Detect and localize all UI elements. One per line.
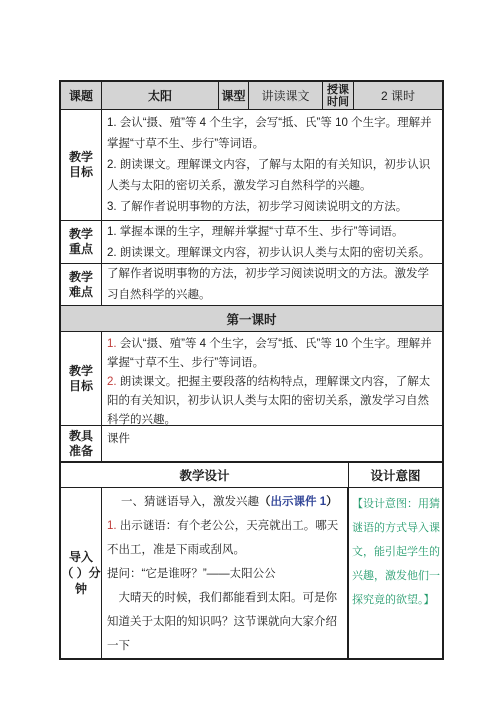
- course-type-value-cell: 讲读课文: [249, 82, 323, 109]
- objective-item: 3. 了解作者说明事物的方法，初步学习阅读说明文的方法。: [107, 197, 437, 218]
- objectives-label: 教学 目标: [61, 110, 102, 220]
- course-type-label-cell: 课型: [219, 82, 249, 109]
- paren-close: ）: [326, 496, 338, 508]
- key-points-content: 1. 掌握本课的生字，理解并掌握“寸草不生、步行”等词语。 2. 朗读课文。理解…: [102, 221, 442, 263]
- session-objectives-content: 1. 会认“摄、殖”等 4 个生字，会写“抵、氏”等 10 个生字。理解并掌握“…: [102, 332, 442, 425]
- objectives-content: 1. 会认“摄、殖”等 4 个生字，会写“抵、氏”等 10 个生字。理解并掌握“…: [102, 110, 442, 220]
- topic-label-cell: 课题: [61, 82, 102, 109]
- lesson-stage-label: 导入 （ ）分 钟: [61, 488, 102, 658]
- item-number: 1.: [107, 338, 117, 350]
- design-intent-content: 【设计意图：用猜谜语的方式导入课文，能引起学生的兴趣，激发他们一探究竟的欲望。】: [349, 488, 442, 658]
- question-paragraph: 提问：“它是谁呀？”——太阳公公: [107, 562, 342, 586]
- objective-item: 2. 朗读课文。理解课文内容，了解与太阳的有关知识，初步认识人类与太阳的密切关系…: [107, 155, 437, 197]
- riddle-text: 出示谜语：有个老公公，天亮就出工。哪天不出工，准是下雨或刮风。: [107, 520, 338, 556]
- item-number: 1.: [107, 520, 117, 532]
- courseware-cue: 出示课件 1: [271, 496, 327, 508]
- session-objective-item: 1. 会认“摄、殖”等 4 个生字，会写“抵、氏”等 10 个生字。理解并掌握“…: [107, 335, 437, 373]
- objectives-row: 教学 目标 1. 会认“摄、殖”等 4 个生字，会写“抵、氏”等 10 个生字。…: [61, 110, 442, 221]
- lesson-row: 导入 （ ）分 钟 一、猜谜语导入，激发兴趣（出示课件 1） 1. 出示谜语：有…: [61, 488, 442, 658]
- design-header-left: 教学设计: [61, 463, 349, 487]
- difficulties-row: 教学 难点 了解作者说明事物的方法，初步学习阅读说明文的方法。激发学习自然科学的…: [61, 264, 442, 306]
- materials-label: 教具 准备: [61, 426, 102, 461]
- document-page: 课题 太阳 课型 讲读课文 授课 时间 2 课时 教学 目标 1. 会认“摄、殖…: [0, 0, 500, 707]
- difficulties-label: 教学 难点: [61, 264, 102, 305]
- riddle-paragraph: 1. 出示谜语：有个老公公，天亮就出工。哪天不出工，准是下雨或刮风。: [107, 514, 342, 562]
- class-time-label-cell: 授课 时间: [323, 82, 354, 109]
- session-objective-item: 2. 朗读课文。把握主要段落的结构特点，理解课文内容，了解太阳的有关知识，初步认…: [107, 373, 437, 425]
- paren-open: （: [259, 496, 271, 508]
- item-number: 2.: [107, 376, 117, 388]
- heading-text: 一、猜谜语导入，激发兴趣: [121, 496, 259, 508]
- narration-paragraph: 大晴天的时候，我们都能看到太阳。可是你知道关于太阳的知识吗？这节课就向大家介绍一…: [107, 586, 342, 658]
- difficulties-content: 了解作者说明事物的方法，初步学习阅读说明文的方法。激发学习自然科学的兴趣。: [102, 264, 442, 305]
- header-row: 课题 太阳 课型 讲读课文 授课 时间 2 课时: [61, 82, 442, 110]
- key-points-label: 教学 重点: [61, 221, 102, 263]
- class-time-value-cell: 2 课时: [354, 82, 442, 109]
- materials-content: 课件: [102, 426, 442, 461]
- session-banner-row: 第一课时: [61, 306, 442, 332]
- key-points-row: 教学 重点 1. 掌握本课的生字，理解并掌握“寸草不生、步行”等词语。 2. 朗…: [61, 221, 442, 264]
- materials-row: 教具 准备 课件: [61, 426, 442, 463]
- lesson-content: 一、猜谜语导入，激发兴趣（出示课件 1） 1. 出示谜语：有个老公公，天亮就出工…: [102, 488, 349, 658]
- lesson-plan-table: 课题 太阳 课型 讲读课文 授课 时间 2 课时 教学 目标 1. 会认“摄、殖…: [59, 80, 444, 660]
- difficulties-text: 了解作者说明事物的方法，初步学习阅读说明文的方法。激发学习自然科学的兴趣。: [107, 264, 437, 305]
- item-text: 朗读课文。把握主要段落的结构特点，理解课文内容，了解太阳的有关知识，初步认识人类…: [107, 376, 430, 425]
- item-text: 会认“摄、殖”等 4 个生字，会写“抵、氏”等 10 个生字。理解并掌握“寸草不…: [107, 338, 432, 369]
- design-header-right: 设计意图: [349, 463, 442, 487]
- design-intent-text: 【设计意图：用猜谜语的方式导入课文，能引起学生的兴趣，激发他们一探究竟的欲望。】: [352, 492, 440, 612]
- key-point-item: 1. 掌握本课的生字，理解并掌握“寸草不生、步行”等词语。: [107, 222, 437, 243]
- objective-item: 1. 会认“摄、殖”等 4 个生字，会写“抵、氏”等 10 个生字。理解并掌握“…: [107, 113, 437, 155]
- design-header-row: 教学设计 设计意图: [61, 463, 442, 488]
- lesson-heading: 一、猜谜语导入，激发兴趣（出示课件 1）: [107, 490, 342, 514]
- session-objectives-label: 教学 目标: [61, 332, 102, 425]
- materials-text: 课件: [107, 429, 437, 450]
- key-point-item: 2. 朗读课文。理解课文内容，初步认识人类与太阳的密切关系。: [107, 243, 437, 263]
- session-objectives-row: 教学 目标 1. 会认“摄、殖”等 4 个生字，会写“抵、氏”等 10 个生字。…: [61, 332, 442, 426]
- topic-value-cell: 太阳: [102, 82, 219, 109]
- session-banner: 第一课时: [61, 306, 442, 331]
